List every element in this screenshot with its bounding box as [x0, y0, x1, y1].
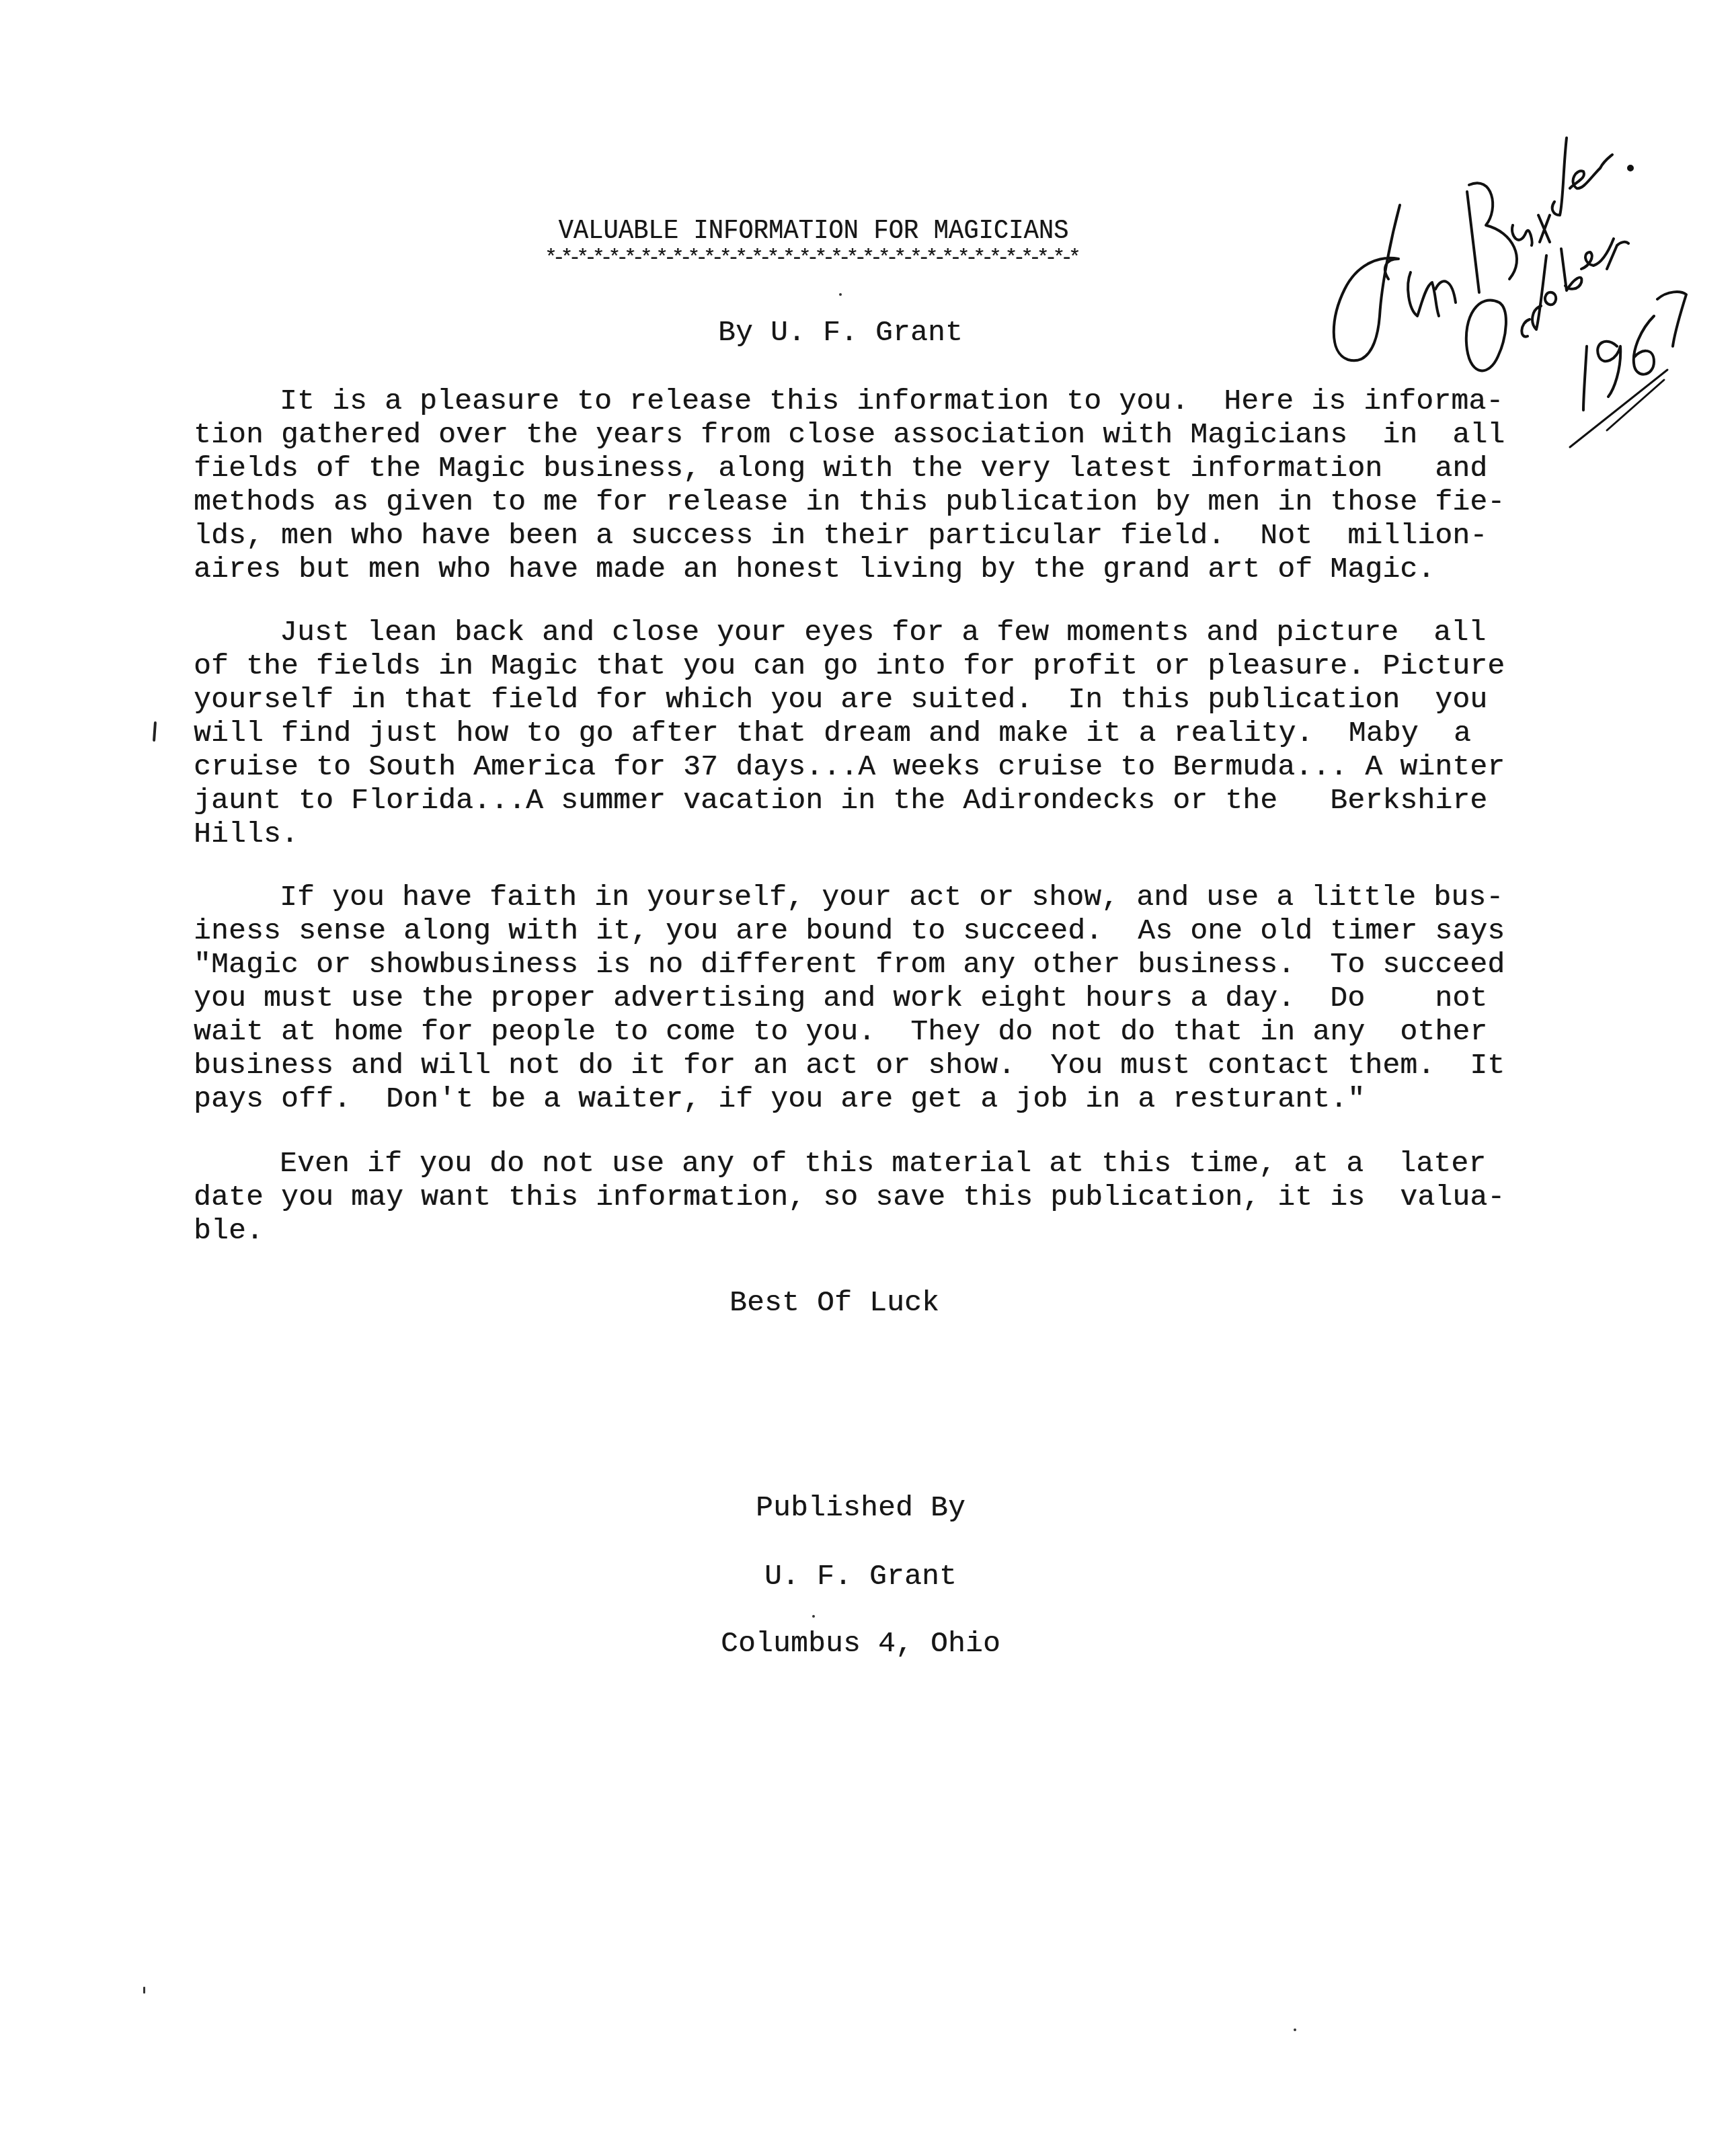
- paragraph-line: fields of the Magic business, along with…: [194, 452, 1471, 485]
- title-asterisk-rule: *-*-*-*-*-*-*-*-*-*-*-*-*-*-*-*-*-*-*-*-…: [545, 247, 1130, 270]
- publisher-label: Published By: [605, 1491, 1116, 1524]
- paragraph-line: It is a pleasure to release this informa…: [194, 385, 1471, 418]
- ink-speck: [143, 1987, 145, 1993]
- paragraph-line: of the fields in Magic that you can go i…: [194, 649, 1471, 683]
- publisher-name: U. F. Grant: [605, 1560, 1116, 1593]
- margin-ink-mark: [153, 721, 157, 742]
- paragraph-line: tion gathered over the years from close …: [194, 418, 1471, 452]
- signature-ink-icon: [1318, 114, 1735, 464]
- paragraph-save-publication: Even if you do not use any of this mater…: [194, 1147, 1471, 1248]
- publisher-city: Columbus 4, Ohio: [605, 1627, 1116, 1660]
- byline: By U. F. Grant: [471, 316, 1210, 349]
- paragraph-line: you must use the proper advertising and …: [194, 982, 1471, 1015]
- paragraph-line: jaunt to Florida...A summer vacation in …: [194, 784, 1471, 818]
- paragraph-line: Just lean back and close your eyes for a…: [194, 616, 1471, 649]
- paragraph-line: lds, men who have been a success in thei…: [194, 519, 1471, 553]
- double-slash-mark-lower: [1607, 380, 1664, 430]
- document-title: VALUABLE INFORMATION FOR MAGICIANS: [545, 216, 1082, 247]
- paragraph-line: wait at home for people to come to you. …: [194, 1015, 1471, 1049]
- ink-speck: [1294, 2028, 1296, 2031]
- paragraph-line: "Magic or showbusiness is no different f…: [194, 948, 1471, 982]
- ink-speck: [812, 1615, 815, 1618]
- handwritten-signature-annotation: [1318, 114, 1735, 464]
- paragraph-line: pays off. Don't be a waiter, if you are …: [194, 1082, 1471, 1116]
- closing-best-of-luck: Best Of Luck: [729, 1286, 939, 1319]
- paragraph-introduction: It is a pleasure to release this informa…: [194, 385, 1471, 586]
- paragraph-line: iness sense along with it, you are bound…: [194, 914, 1471, 948]
- paragraph-line: If you have faith in yourself, your act …: [194, 881, 1471, 914]
- paragraph-picture-yourself: Just lean back and close your eyes for a…: [194, 616, 1471, 851]
- paragraph-line: will find just how to go after that drea…: [194, 717, 1471, 750]
- paragraph-line: Hills.: [194, 818, 1471, 851]
- paragraph-faith-and-business: If you have faith in yourself, your act …: [194, 881, 1471, 1116]
- document-page: VALUABLE INFORMATION FOR MAGICIANS *-*-*…: [0, 0, 1736, 2132]
- paragraph-line: ble.: [194, 1214, 1471, 1248]
- paragraph-line: methods as given to me for release in th…: [194, 485, 1471, 519]
- paragraph-line: Even if you do not use any of this mater…: [194, 1147, 1471, 1181]
- paragraph-line: aires but men who have made an honest li…: [194, 553, 1471, 586]
- paragraph-line: yourself in that field for which you are…: [194, 683, 1471, 717]
- paragraph-line: cruise to South America for 37 days...A …: [194, 750, 1471, 784]
- paragraph-line: business and will not do it for an act o…: [194, 1049, 1471, 1082]
- paragraph-line: date you may want this information, so s…: [194, 1181, 1471, 1214]
- ink-speck: [839, 293, 842, 296]
